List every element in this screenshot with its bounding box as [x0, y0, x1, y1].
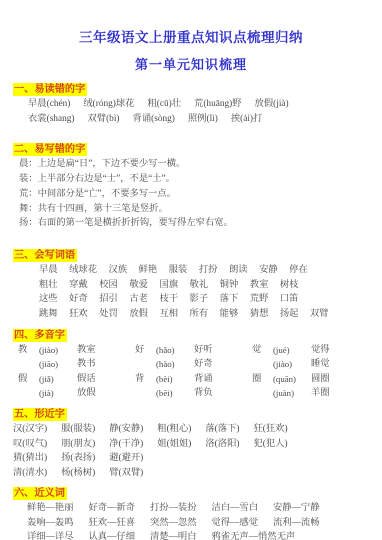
word-item: 衣裳(shang)	[28, 112, 74, 127]
example-word: 教书	[77, 357, 96, 372]
word-row: 衣裳(shang)双臂(bì)背诵(sòng)照例(lì)挨(ái)打	[13, 112, 369, 127]
word-item: 落(落下)	[205, 422, 239, 437]
word-row: 汉(汉字)服(服装)静(安静)粗(粗心)落(落下)狂(狂欢)	[13, 422, 369, 437]
pinyin-reading: (jià)	[39, 386, 77, 401]
pinyin-reading: (jiào)	[273, 357, 311, 372]
section-heading: 四、多音字	[13, 329, 67, 342]
example-word: 睡觉	[311, 357, 330, 372]
word-item: 树枝	[280, 278, 299, 293]
word-row: 跳舞狂欢处罚放假互相所有能够猜想扬起双臂	[13, 307, 369, 322]
section-heading-row: 六、近义词	[13, 483, 369, 501]
base-character	[135, 386, 156, 401]
word-item: 敬礼	[190, 278, 209, 293]
example-word: 羊圈	[311, 386, 330, 401]
example-word: 假话	[77, 372, 96, 387]
word-item: 扬起	[280, 307, 299, 322]
section-heading-row: 五、形近字	[13, 404, 369, 422]
pinyin-reading: (quān)	[273, 372, 311, 387]
word-item: 所有	[190, 307, 209, 322]
word-item: 粗(粗心)	[157, 422, 191, 437]
word-item: 净(干净)	[109, 437, 143, 452]
base-character: 觉	[252, 343, 273, 358]
section-heading-row: 四、多音字	[13, 325, 369, 343]
word-item: 避(避开)	[109, 451, 143, 466]
word-item: 粗壮	[39, 278, 58, 293]
document-title: 三年级语文上册重点知识点梳理归纳	[13, 29, 369, 46]
word-item: 猜(猜出)	[13, 451, 47, 466]
word-item: 背诵(sòng)	[133, 112, 175, 127]
document-page: 三年级语文上册重点知识点梳理归纳 第一单元知识梳理 一、易读错的字早晨(chén…	[0, 0, 382, 540]
word-item: 安静	[259, 263, 278, 278]
word-item: 服装	[169, 263, 188, 278]
word-item: 洁白—雪白	[212, 501, 259, 516]
pinyin-reading: (jiǎ)	[39, 372, 77, 387]
section-heading-row: 二、易写错的字	[13, 139, 369, 157]
word-item: 能够	[220, 307, 239, 322]
section-heading: 六、近义词	[13, 487, 67, 500]
word-item: 认真—仔细	[89, 530, 136, 540]
word-item: 打扮	[199, 263, 218, 278]
word-item: 双臂(bì)	[87, 112, 119, 127]
pinyin-group: 假(jiǎ)假话	[18, 372, 135, 387]
word-item: 突然—忽然	[150, 516, 197, 531]
word-item: 狂欢	[69, 307, 88, 322]
word-row: 鲜艳—艳丽好奇—新奇打扮—装扮洁白—雪白安静—宁静	[13, 501, 369, 516]
base-character	[135, 357, 156, 372]
word-item: 服(服装)	[61, 422, 95, 437]
pinyin-row: 教(jiào)教室好(hǎo)好听觉(jué)觉得	[13, 343, 369, 358]
word-item: 犯(犯人)	[253, 437, 287, 452]
example-word: 背诵	[194, 372, 213, 387]
word-item: 绒(róng)球花	[83, 97, 134, 112]
word-item: 校园	[99, 278, 118, 293]
word-item: 臂(双臂)	[109, 466, 143, 481]
word-item: 鲜艳	[139, 263, 158, 278]
pinyin-reading: (juàn)	[273, 386, 311, 401]
word-item: 照例(lì)	[188, 112, 218, 127]
note-line: 扬：右面的第一笔是横折折折钩，要写得左窄右宽。	[13, 216, 369, 231]
word-row: 详细—详尽认真—仔细清楚—明白鸦雀无声—悄然无声	[13, 530, 369, 540]
pinyin-reading: (hào)	[156, 357, 194, 372]
base-character: 教	[18, 343, 39, 358]
example-word: 好听	[194, 343, 213, 358]
pinyin-group: (jià)放假	[18, 386, 135, 401]
pinyin-reading: (hǎo)	[156, 343, 194, 358]
word-item: 挨(ái)打	[231, 112, 263, 127]
section-heading: 五、形近字	[13, 408, 67, 421]
example-word: 圆圈	[311, 372, 330, 387]
word-item: 朋(朋友)	[61, 437, 95, 452]
word-item: 穿戴	[69, 278, 88, 293]
example-word: 觉得	[311, 343, 330, 358]
word-item: 粗(cū)壮	[147, 97, 181, 112]
word-row: 猜(猜出)扬(表扬)避(避开)	[13, 451, 369, 466]
pinyin-group: (hào)好奇	[135, 357, 252, 372]
word-item: 早晨(chén)	[28, 97, 70, 112]
pinyin-group: 觉(jué)觉得	[252, 343, 369, 358]
word-item: 跳舞	[39, 307, 58, 322]
pinyin-group: 圈(quān)圆圈	[252, 372, 369, 387]
section: 三、会写词语早晨绒球花汉族鲜艳服装打扮朗读安静停在粗壮穿戴校园敬爱国旗敬礼铜钟教…	[13, 245, 369, 321]
word-item: 早晨	[39, 263, 58, 278]
pinyin-row: (jià)放假(bēi)背负(juàn)羊圈	[13, 386, 369, 401]
word-item: 枝干	[159, 292, 178, 307]
unit-subtitle: 第一单元知识梳理	[13, 57, 369, 73]
example-word: 教室	[77, 343, 96, 358]
word-item: 影子	[190, 292, 209, 307]
note-line: 晨：上边是扁“日”，下边不要少写一横。	[13, 157, 369, 172]
base-character: 圈	[252, 372, 273, 387]
word-item: 扬(表扬)	[61, 451, 95, 466]
pinyin-reading: (bēi)	[156, 386, 194, 401]
word-item: 国旗	[159, 278, 178, 293]
word-item: 朗读	[229, 263, 248, 278]
word-item: 汉(汉字)	[13, 422, 47, 437]
pinyin-group: (jiāo)教书	[18, 357, 135, 372]
word-row: 这些好奇招引古老枝干影子落下荒野口笛	[13, 292, 369, 307]
word-item: 鲜艳—艳丽	[27, 501, 74, 516]
word-item: 双臂	[310, 307, 329, 322]
word-item: 清楚—明白	[150, 530, 197, 540]
word-item: 荒野	[250, 292, 269, 307]
section: 一、易读错的字早晨(chén)绒(róng)球花粗(cū)壮荒(huāng)野放…	[13, 79, 369, 126]
section-heading-row: 一、易读错的字	[13, 79, 369, 97]
example-word: 好奇	[194, 357, 213, 372]
word-item: 停在	[289, 263, 308, 278]
note-line: 荒：中间部分是“亡”，不要多写一点。	[13, 187, 369, 202]
word-item: 清(清水)	[13, 466, 47, 481]
section: 二、易写错的字晨：上边是扁“日”，下边不要少写一横。装：上半部分右边是“士”，不…	[13, 139, 369, 231]
word-item: 轰响—轰鸣	[27, 516, 74, 531]
section: 六、近义词鲜艳—艳丽好奇—新奇打扮—装扮洁白—雪白安静—宁静轰响—轰鸣狂欢—狂喜…	[13, 483, 369, 540]
base-character: 假	[18, 372, 39, 387]
note-line: 舞：共有十四画，第十三笔是竖折。	[13, 202, 369, 217]
pinyin-group: (juàn)羊圈	[252, 386, 369, 401]
word-item: 好奇—新奇	[89, 501, 136, 516]
word-item: 鸦雀无声—悄然无声	[212, 530, 296, 540]
word-item: 狂欢—狂喜	[89, 516, 136, 531]
base-character	[252, 386, 273, 401]
word-item: 打扮—装扮	[150, 501, 197, 516]
pinyin-reading: (jiāo)	[39, 357, 77, 372]
pinyin-reading: (jiào)	[39, 343, 77, 358]
pinyin-group: 背(bèi)背诵	[135, 372, 252, 387]
word-item: 叹(叹气)	[13, 437, 47, 452]
section: 五、形近字汉(汉字)服(服装)静(安静)粗(粗心)落(落下)狂(狂欢)叹(叹气)…	[13, 404, 369, 480]
pinyin-reading: (bèi)	[156, 372, 194, 387]
word-item: 互相	[159, 307, 178, 322]
example-word: 背负	[194, 386, 213, 401]
word-item: 杨(杨树)	[61, 466, 95, 481]
word-row: 叹(叹气)朋(朋友)净(干净)姐(姐姐)洛(洛阳)犯(犯人)	[13, 437, 369, 452]
base-character	[18, 357, 39, 372]
section-heading: 二、易写错的字	[13, 143, 87, 156]
pinyin-group: 好(hǎo)好听	[135, 343, 252, 358]
word-item: 敬爱	[129, 278, 148, 293]
word-row: 早晨绒球花汉族鲜艳服装打扮朗读安静停在	[13, 263, 369, 278]
word-row: 清(清水)杨(杨树)臂(双臂)	[13, 466, 369, 481]
word-item: 古老	[129, 292, 148, 307]
word-item: 洛(洛阳)	[205, 437, 239, 452]
word-row: 粗壮穿戴校园敬爱国旗敬礼铜钟教室树枝	[13, 278, 369, 293]
pinyin-row: 假(jiǎ)假话背(bèi)背诵圈(quān)圆圈	[13, 372, 369, 387]
pinyin-reading: (jué)	[273, 343, 311, 358]
word-item: 口笛	[280, 292, 299, 307]
word-item: 姐(姐姐)	[157, 437, 191, 452]
word-item: 好奇	[69, 292, 88, 307]
word-item: 招引	[99, 292, 118, 307]
section-heading: 三、会写词语	[13, 249, 77, 262]
word-item: 放假(jià)	[255, 97, 289, 112]
word-item: 觉得—感觉	[212, 516, 259, 531]
word-item: 这些	[39, 292, 58, 307]
section-heading: 一、易读错的字	[13, 83, 87, 96]
word-item: 荒(huāng)野	[194, 97, 242, 112]
word-item: 猜想	[250, 307, 269, 322]
pinyin-group: 教(jiào)教室	[18, 343, 135, 358]
word-item: 落下	[220, 292, 239, 307]
word-item: 狂(狂欢)	[253, 422, 287, 437]
word-item: 放假	[129, 307, 148, 322]
word-item: 绒球花	[69, 263, 97, 278]
pinyin-row: (jiāo)教书(hào)好奇(jiào)睡觉	[13, 357, 369, 372]
note-line: 装：上半部分右边是“士”，不是“土”。	[13, 172, 369, 187]
word-item: 汉族	[109, 263, 128, 278]
word-item: 静(安静)	[109, 422, 143, 437]
word-item: 铜钟	[220, 278, 239, 293]
base-character: 背	[135, 372, 156, 387]
pinyin-group: (bēi)背负	[135, 386, 252, 401]
word-item: 详细—详尽	[27, 530, 74, 540]
base-character	[18, 386, 39, 401]
word-item: 教室	[250, 278, 269, 293]
base-character	[252, 357, 273, 372]
example-word: 放假	[77, 386, 96, 401]
word-row: 轰响—轰鸣狂欢—狂喜突然—忽然觉得—感觉流利—流畅	[13, 516, 369, 531]
word-item: 流利—流畅	[273, 516, 320, 531]
section: 四、多音字教(jiào)教室好(hǎo)好听觉(jué)觉得(jiāo)教书(h…	[13, 325, 369, 401]
word-row: 早晨(chén)绒(róng)球花粗(cū)壮荒(huāng)野放假(jià)	[13, 97, 369, 112]
pinyin-group: (jiào)睡觉	[252, 357, 369, 372]
section-heading-row: 三、会写词语	[13, 245, 369, 263]
word-item: 处罚	[99, 307, 118, 322]
base-character: 好	[135, 343, 156, 358]
word-item: 安静—宁静	[273, 501, 320, 516]
sections: 一、易读错的字早晨(chén)绒(róng)球花粗(cū)壮荒(huāng)野放…	[13, 79, 369, 540]
